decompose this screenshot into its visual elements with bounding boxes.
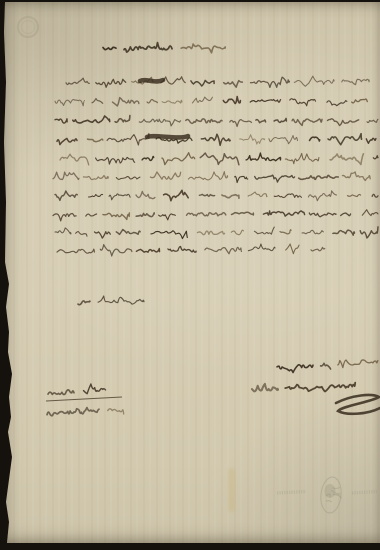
body-line-4 (57, 134, 376, 146)
body-line-10 (57, 244, 325, 256)
body-line-3 (55, 116, 378, 127)
ink-blots (140, 80, 188, 137)
signature-line-1 (277, 360, 378, 373)
body-line-6 (53, 172, 370, 183)
paper-stain (228, 468, 235, 512)
stamp-left-lettering (277, 492, 306, 494)
salutation-line (103, 43, 225, 53)
paper-watermark (18, 17, 38, 37)
signature-flourish (336, 395, 380, 414)
dateline (46, 384, 124, 416)
manuscript-ink (0, 0, 380, 550)
letter-scan (0, 0, 380, 550)
body-line-5 (60, 153, 378, 165)
body-line-2 (55, 97, 367, 106)
body-line-1 (66, 76, 369, 87)
body-line-8 (53, 210, 378, 221)
signature-line-2 (252, 383, 355, 392)
library-stamp (277, 476, 377, 514)
date-underline (46, 397, 122, 401)
body-line-7 (55, 190, 378, 201)
body-line-9 (55, 227, 378, 239)
stamp-right-lettering (352, 492, 377, 494)
closing-line (78, 296, 144, 305)
